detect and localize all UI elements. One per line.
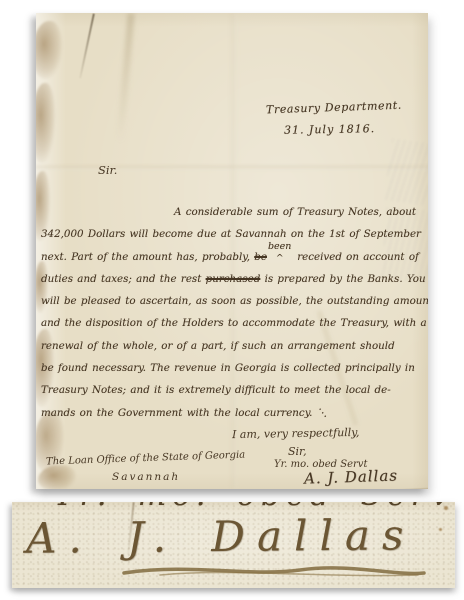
letter-body-line: mands on the Government with the local c… — [41, 402, 427, 424]
address-line-1: The Loan Office of the State of Georgia — [46, 450, 245, 468]
ghost-pencil-marks — [384, 138, 428, 205]
letter-photo: Treasury Department. 31. July 1816. Sir.… — [36, 13, 428, 489]
stain-blotch — [38, 465, 76, 489]
address-line-2: Savannah — [112, 471, 180, 483]
ink-speck — [444, 506, 448, 510]
letter-body-line: duties and taxes; and the rest purchased… — [41, 268, 427, 290]
letter-body-line: renewal of the whole, or of a part, if s… — [41, 335, 427, 357]
stain-blotch — [36, 21, 62, 79]
letter-body-line: A considerable sum of Treasury Notes, ab… — [41, 201, 427, 223]
crease-line — [79, 14, 95, 79]
closing-respectfully: I am, very respectfully, — [232, 426, 360, 441]
letter-body: A considerable sum of Treasury Notes, ab… — [41, 201, 427, 424]
stain-blotch — [36, 83, 55, 163]
ink-speck — [439, 528, 442, 531]
auction-photo-stage: Treasury Department. 31. July 1816. Sir.… — [0, 0, 464, 600]
letter-body-line: next. Part of the amount has, probably, … — [41, 246, 427, 268]
signature-flourish-underline — [120, 560, 430, 582]
struck-word: purchased — [206, 273, 261, 285]
signature-underline — [356, 488, 428, 489]
crease-line — [116, 13, 134, 143]
struck-word: be — [254, 251, 267, 263]
letter-date: 31. July 1816. — [284, 122, 375, 137]
letter-body-line: Treasury Notes; and it is extremely diff… — [41, 379, 427, 401]
inserted-word: been^ — [267, 250, 293, 260]
closing-sir: Sir, — [288, 445, 307, 458]
salutation: Sir. — [98, 163, 117, 177]
letter-body-line: 342,000 Dollars will become due at Savan… — [41, 223, 427, 245]
letter-body-line: be found necessary. The revenue in Georg… — [41, 357, 427, 379]
letter-body-line: will be pleased to ascertain, as soon as… — [41, 290, 427, 312]
signature-strip-photo: Yr. mo. obed Servt A. J. Dallas — [12, 502, 455, 588]
letter-signature: A. J. Dallas — [304, 466, 399, 487]
strip-signature: A. J. Dallas — [26, 510, 416, 562]
letter-body-line: and the disposition of the Holders to ac… — [41, 312, 427, 334]
treasury-department-heading: Treasury Department. — [266, 99, 402, 117]
